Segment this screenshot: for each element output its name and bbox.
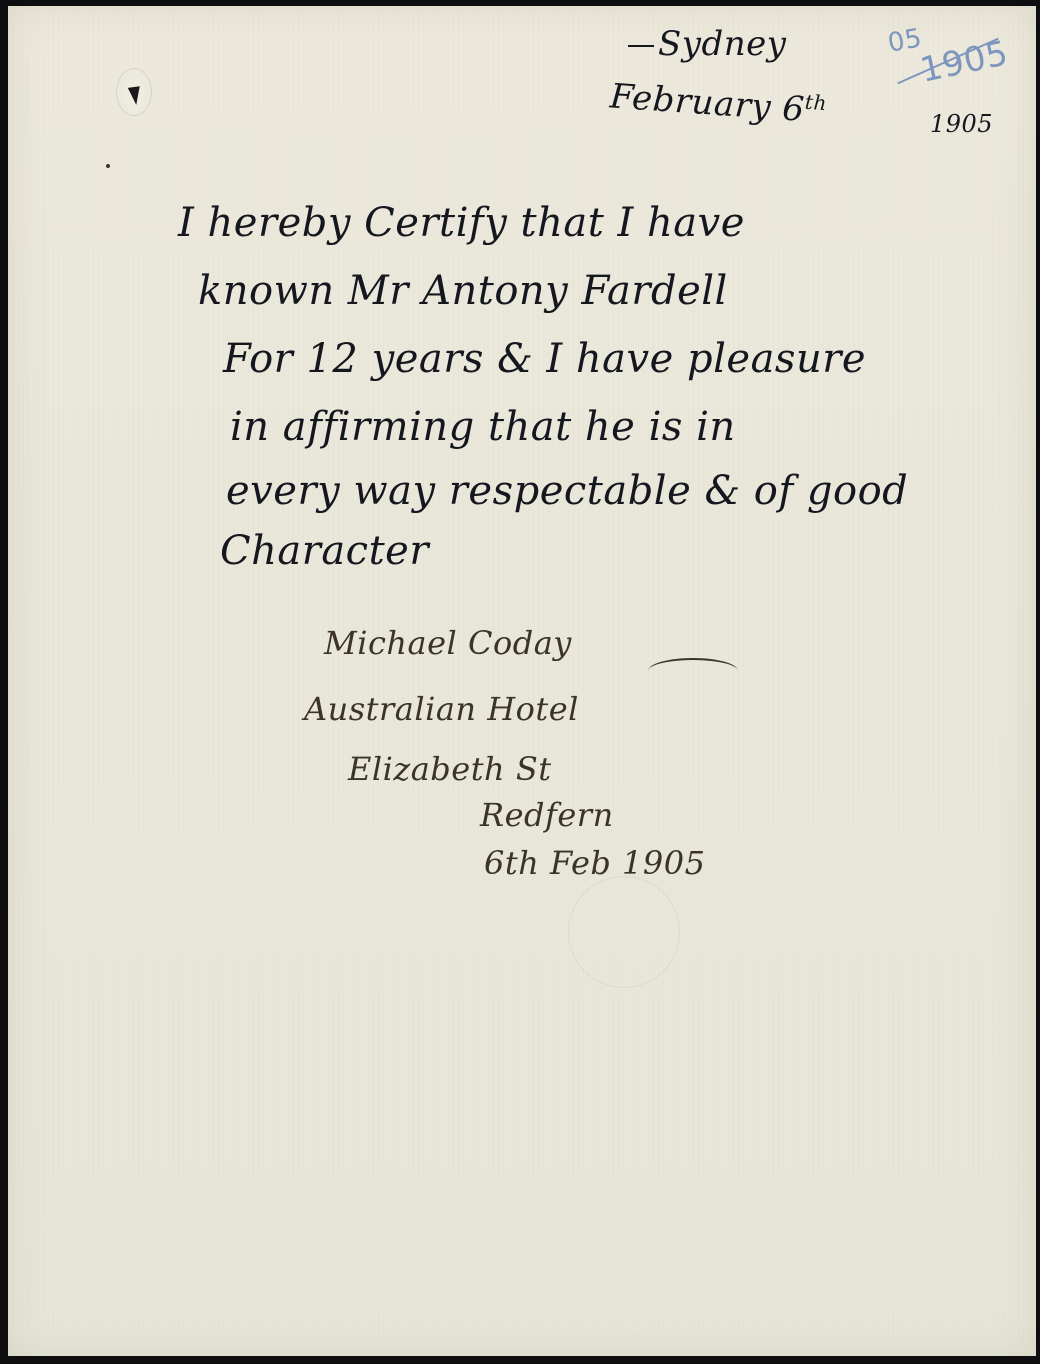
date-month-day: February 6 [609, 76, 806, 130]
body-line-1: I hereby Certify that I have [178, 200, 745, 246]
date-year: 1905 [930, 110, 993, 138]
date-suffix: th [804, 90, 828, 115]
punch-hole [116, 68, 152, 116]
document-page: Sydney February 6th 1905 05 1905 I hereb… [8, 6, 1036, 1356]
body-line-6: Character [220, 528, 429, 574]
signature-date: 6th Feb 1905 [484, 844, 705, 882]
pencil-annotation-bottom: 1905 [917, 33, 1012, 91]
signature-suburb: Redfern [480, 796, 614, 834]
date-line: February 6th [609, 76, 828, 131]
body-line-3: For 12 years & I have pleasure [223, 336, 866, 382]
signature-street: Elizabeth St [348, 750, 552, 788]
signature-establishment: Australian Hotel [304, 690, 579, 728]
place-heading: Sydney [628, 24, 787, 64]
signature-flourish [648, 658, 738, 684]
punch-hole-tear [128, 86, 142, 105]
body-line-4: in affirming that he is in [230, 404, 736, 450]
body-line-5: every way respectable & of good [226, 468, 908, 514]
faint-watermark [568, 876, 680, 988]
paper-speck [106, 164, 110, 168]
body-line-2: known Mr Antony Fardell [198, 268, 728, 314]
signature-name: Michael Coday [324, 624, 572, 662]
